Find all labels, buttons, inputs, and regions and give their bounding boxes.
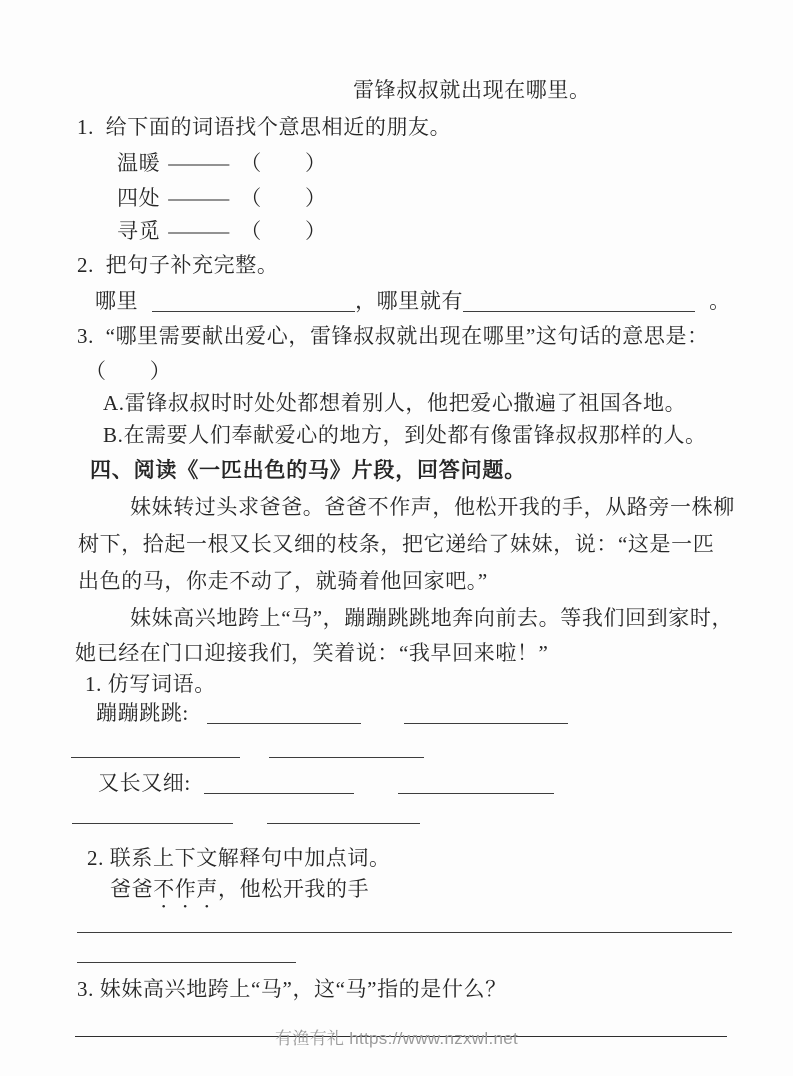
- answer-blank: [463, 293, 695, 312]
- fill-end-text: 。: [709, 289, 731, 313]
- rq2-sentence: 爸爸不作声，他松开我的手: [110, 876, 369, 913]
- answer-paren: （ ）: [240, 219, 326, 243]
- q1-label: 1. 给下面的词语找个意思相近的朋友。: [77, 114, 451, 140]
- answer-rule: [269, 757, 424, 758]
- match-dash: ———: [168, 151, 228, 175]
- rq2-label: 2. 联系上下文解释句中加点词。: [87, 845, 391, 871]
- answer-paren: （ ）: [240, 151, 326, 175]
- passage-line-4: 妹妹高兴地跨上“马”，蹦蹦跳跳地奔向前去。等我们回到家时，: [130, 605, 733, 631]
- rq3-label: 3. 妹妹高兴地跨上“马”，这“马”指的是什么？: [77, 976, 507, 1002]
- q2-label: 2. 把句子补充完整。: [77, 252, 278, 278]
- rq1-word1-row: 蹦蹦跳跳:: [96, 700, 568, 726]
- answer-paren: （ ）: [240, 186, 326, 210]
- rq1-label: 1. 仿写词语。: [85, 671, 216, 697]
- fill-pre-text: 哪里: [95, 289, 144, 313]
- answer-rule: [267, 823, 420, 824]
- answer-blank: [204, 775, 354, 794]
- match-dash: ———: [168, 186, 228, 210]
- q3-option-b: B.在需要人们奉献爱心的地方，到处都有像雷锋叔叔那样的人。: [103, 422, 707, 448]
- synonym-row-3: 寻觅———（ ）: [117, 218, 327, 244]
- match-dash: ———: [168, 219, 228, 243]
- answer-rule: [71, 757, 240, 758]
- answer-rule-long: [77, 932, 732, 933]
- passage-line-1: 妹妹转过头求爸爸。爸爸不作声，他松开我的手，从路旁一株柳: [130, 494, 735, 520]
- answer-blank: [404, 705, 568, 724]
- rq1-word2: 又长又细:: [98, 771, 191, 795]
- rq1-word1: 蹦蹦跳跳:: [96, 701, 189, 725]
- synonym-word-3: 寻觅: [117, 219, 160, 243]
- passage-line-2: 树下，拾起一根又长又细的枝条，把它递给了妹妹，说：“这是一匹: [78, 531, 714, 557]
- synonym-row-2: 四处———（ ）: [117, 185, 327, 211]
- worksheet-page: 雷锋叔叔就出现在哪里。 1. 给下面的词语找个意思相近的朋友。 温暖———（ ）…: [0, 0, 793, 1076]
- q3-option-a: A.雷锋叔叔时时处处都想着别人，他把爱心撒遍了祖国各地。: [103, 390, 686, 416]
- section4-title: 四、阅读《一匹出色的马》片段，回答问题。: [90, 457, 526, 483]
- lead-sentence: 雷锋叔叔就出现在哪里。: [353, 77, 591, 103]
- passage-line-5: 她已经在门口迎接我们，笑着说：“我早回来啦！”: [75, 640, 548, 666]
- synonym-row-1: 温暖———（ ）: [117, 150, 327, 176]
- answer-blank: [207, 705, 361, 724]
- sentence-emphasized-word: 不作声: [153, 877, 218, 901]
- q3-answer-paren: （ ）: [85, 358, 171, 384]
- q3-label: 3. “哪里需要献出爱心，雷锋叔叔就出现在哪里”这句话的意思是：: [77, 323, 709, 349]
- q2-fill-line: 哪里 ，哪里就有。: [95, 288, 731, 314]
- sentence-post: ，他松开我的手: [218, 877, 369, 901]
- answer-blank: [152, 293, 355, 312]
- passage-line-3: 出色的马，你走不动了，就骑着他回家吧。”: [78, 568, 488, 594]
- sentence-pre: 爸爸: [110, 877, 153, 901]
- synonym-word-2: 四处: [117, 186, 160, 210]
- synonym-word-1: 温暖: [117, 151, 160, 175]
- watermark-text: 有渔有礼 https://www.nzxwl.net: [0, 1024, 793, 1049]
- fill-mid-text: ，哪里就有: [355, 289, 463, 313]
- answer-blank: [398, 775, 554, 794]
- answer-rule: [72, 823, 233, 824]
- answer-rule-short: [77, 962, 296, 963]
- rq1-word2-row: 又长又细:: [98, 770, 554, 796]
